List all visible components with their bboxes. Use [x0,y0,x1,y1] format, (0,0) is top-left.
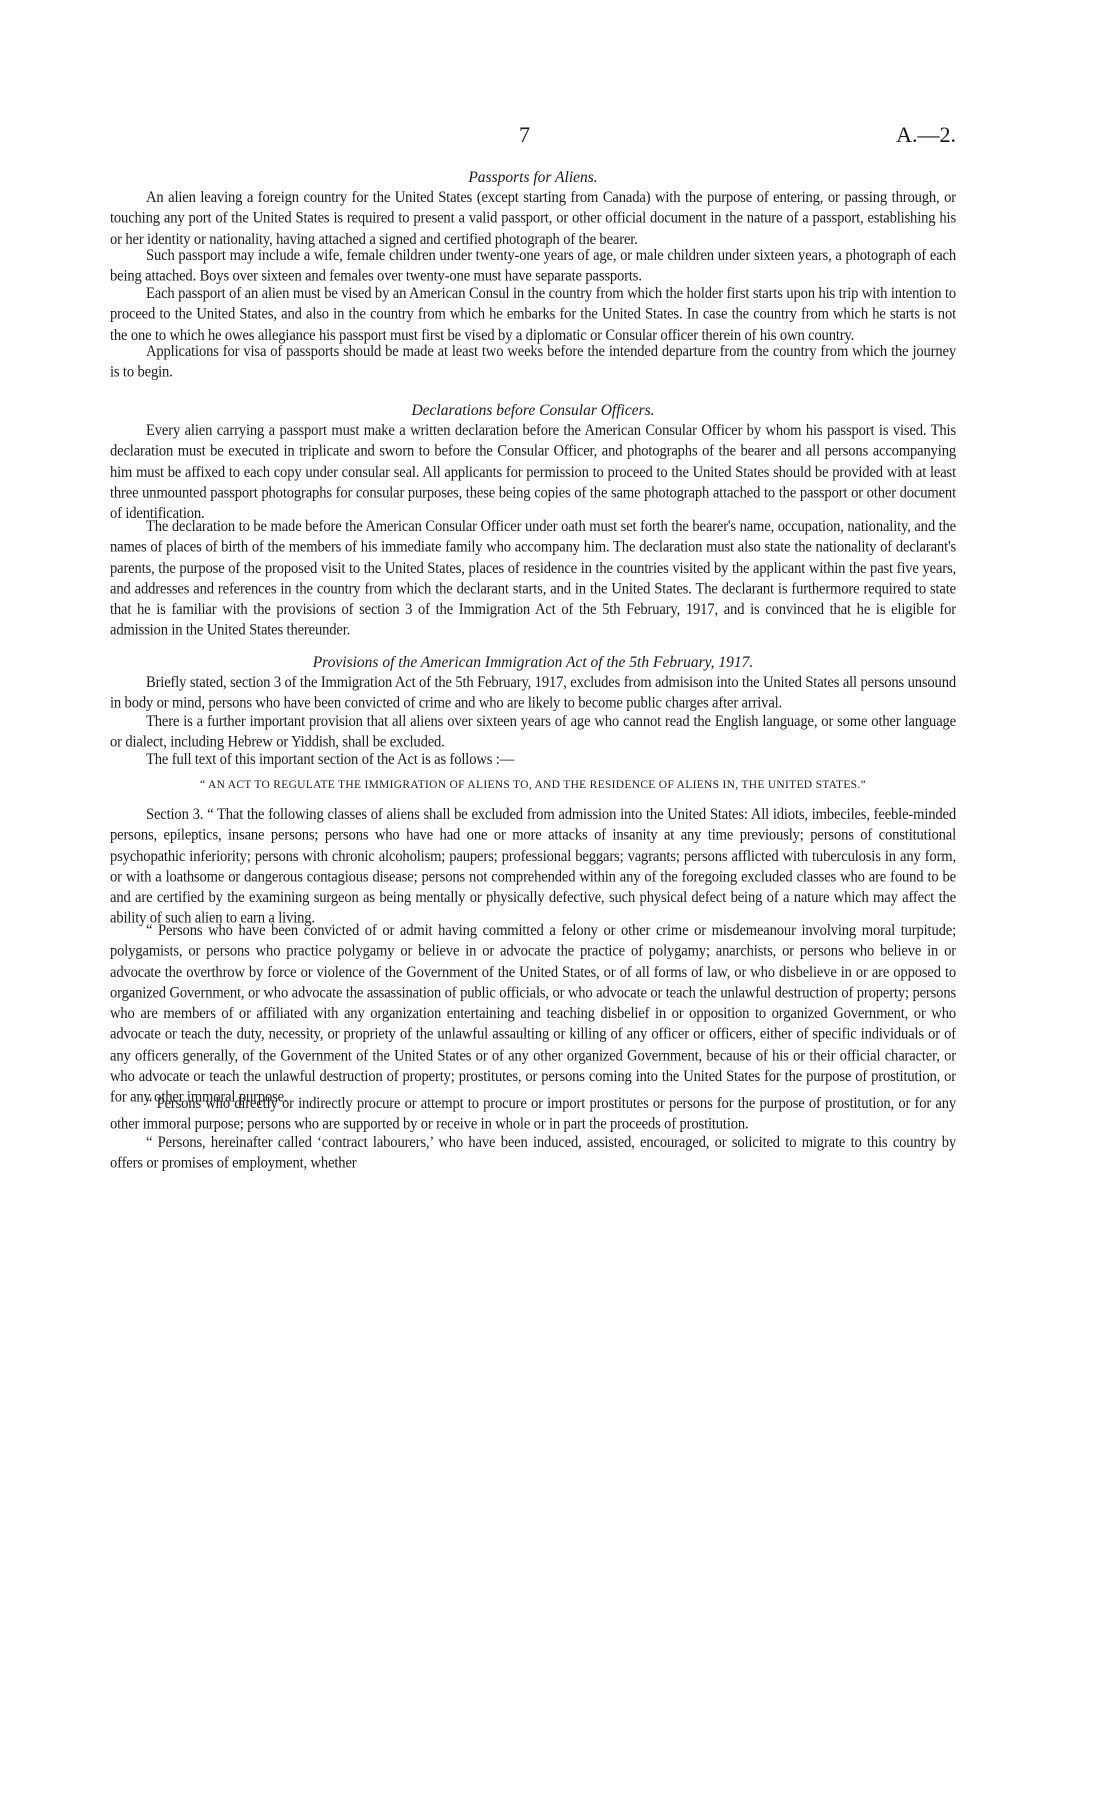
paragraph: Applications for visa of passports shoul… [110,342,956,384]
paragraph: The full text of this important section … [110,750,956,771]
act-paragraph: “ Persons who directly or indirectly pro… [110,1094,956,1136]
act-title: “ An Act to regulate the immigration of … [110,776,956,795]
section-heading: Passports for Aliens. [110,168,956,187]
page-header: 7 A.—2. [110,122,956,152]
section-declarations: Declarations before Consular Officers. E… [110,401,956,633]
section-immigration-act: Provisions of the American Immigration A… [110,653,956,1171]
paragraph: Briefly stated, section 3 of the Immigra… [110,673,956,715]
paragraph: The declaration to be made before the Am… [110,517,956,642]
paragraph: There is a further important provision t… [110,712,956,754]
paragraph: Such passport may include a wife, female… [110,246,956,288]
page-number: 7 [519,122,530,148]
document-body: Passports for Aliens. An alien leaving a… [110,168,956,1171]
act-paragraph: “ Persons who have been convicted of or … [110,921,956,1109]
paragraph: Every alien carrying a passport must mak… [110,421,956,525]
document-reference: A.—2. [896,122,956,148]
section-heading: Declarations before Consular Officers. [110,401,956,420]
section-passports: Passports for Aliens. An alien leaving a… [110,168,956,381]
paragraph: Each passport of an alien must be vised … [110,284,956,347]
section-heading: Provisions of the American Immigration A… [110,653,956,672]
act-paragraph: “ Persons, hereinafter called ‘contract … [110,1133,956,1175]
paragraph: An alien leaving a foreign country for t… [110,188,956,251]
act-paragraph: Section 3. “ That the following classes … [110,805,956,930]
